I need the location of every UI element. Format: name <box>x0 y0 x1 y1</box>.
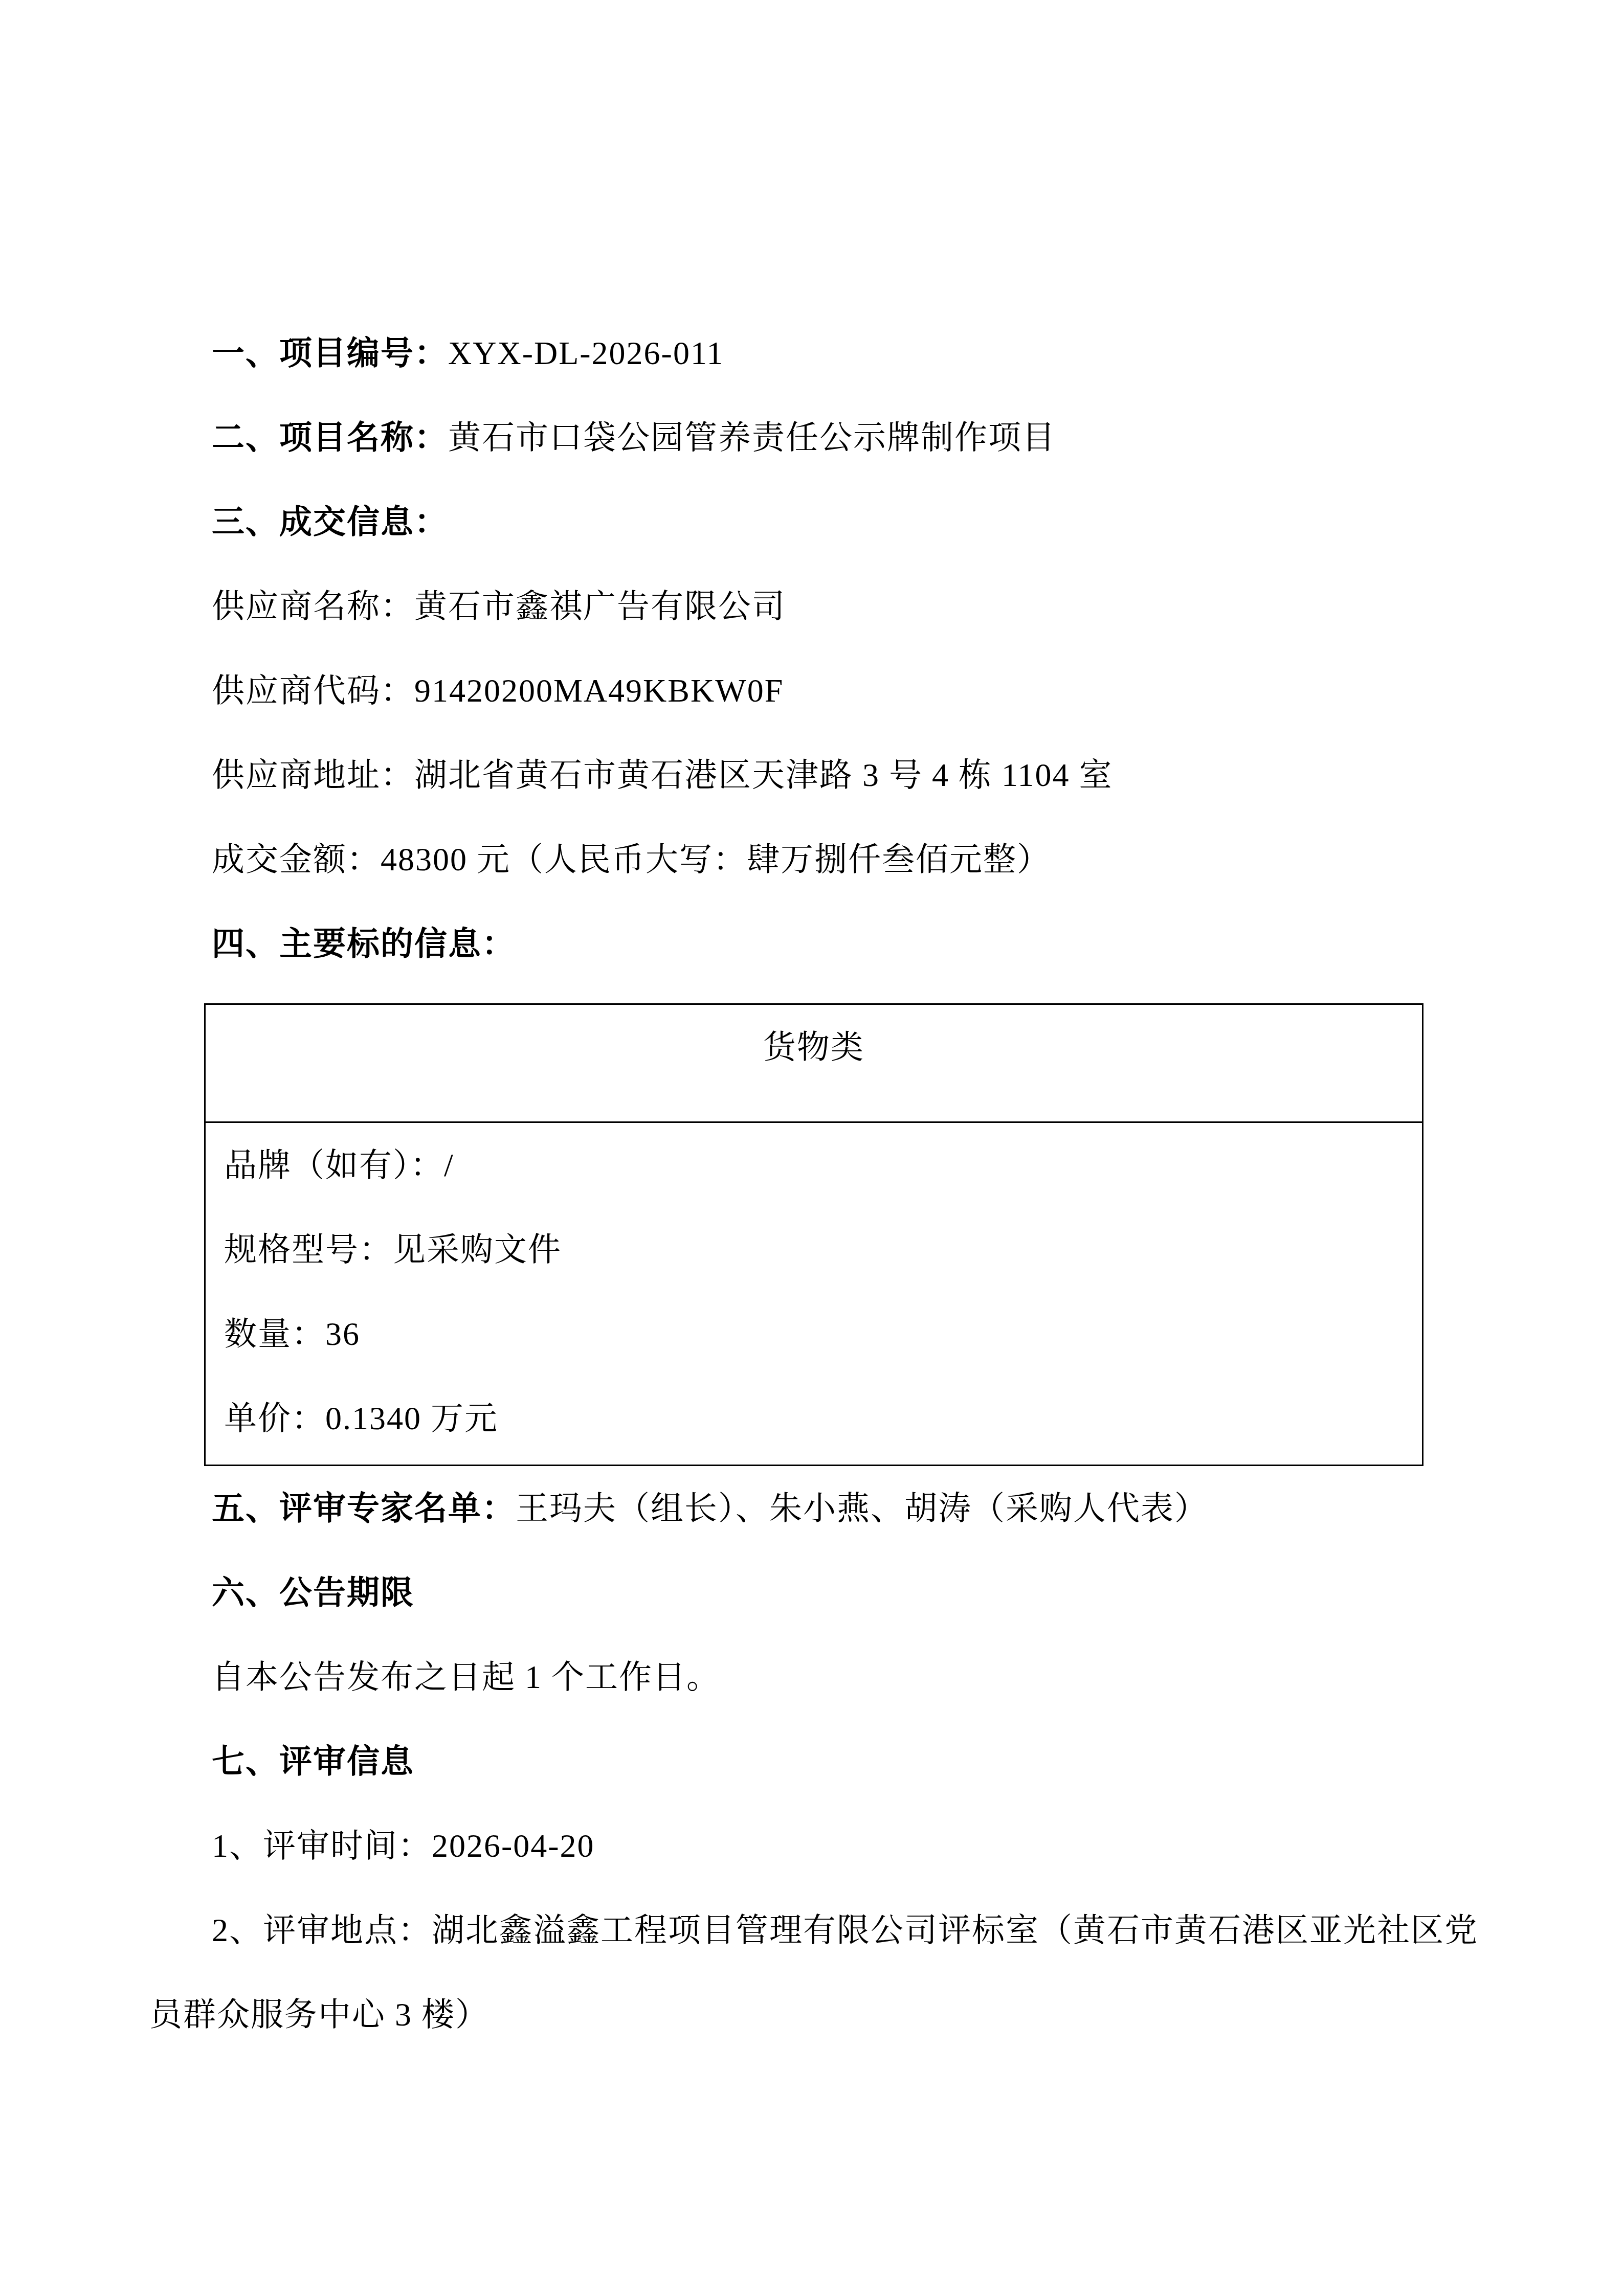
project-name-label: 二、项目名称： <box>212 419 448 456</box>
expert-list-value: 王玛夫（组长）、朱小燕、胡涛（采购人代表） <box>516 1490 1208 1526</box>
para-deal-amount: 成交金额：48300 元（人民币大写：肆万捌仟叁佰元整） <box>149 817 1484 902</box>
supplier-address-value: 供应商地址：湖北省黄石市黄石港区天津路 3 号 4 栋 1104 室 <box>212 757 1113 793</box>
goods-table: 货物类 品牌（如有）：/ 规格型号：见采购文件 数量：36 单价：0.1340 … <box>204 1003 1423 1466</box>
goods-table-body-cell: 品牌（如有）：/ 规格型号：见采购文件 数量：36 单价：0.1340 万元 <box>205 1122 1423 1466</box>
document-page: 一、项目编号：XYX-DL-2026-011 二、项目名称：黄石市口袋公园管养责… <box>0 0 1624 2296</box>
para-supplier-address: 供应商地址：湖北省黄石市黄石港区天津路 3 号 4 栋 1104 室 <box>149 733 1484 817</box>
goods-quantity-line: 数量：36 <box>224 1292 1401 1376</box>
para-main-subject-heading: 四、主要标的信息： <box>149 902 1484 986</box>
para-notice-period-text: 自本公告发布之日起 1 个工作日。 <box>149 1635 1484 1719</box>
goods-unit-price-line: 单价：0.1340 万元 <box>224 1376 1401 1460</box>
project-number-label: 一、项目编号： <box>212 335 448 371</box>
goods-brand-line: 品牌（如有）：/ <box>224 1123 1401 1207</box>
para-project-number: 一、项目编号：XYX-DL-2026-011 <box>149 311 1484 395</box>
review-info-heading-label: 七、评审信息 <box>212 1743 414 1780</box>
para-supplier-name: 供应商名称：黄石市鑫祺广告有限公司 <box>149 564 1484 648</box>
para-review-time: 1、评审时间：2026-04-20 <box>149 1804 1484 1888</box>
para-review-location: 2、评审地点：湖北鑫溢鑫工程项目管理有限公司评标室（黄石市黄石港区亚光社区党员群… <box>149 1888 1484 2057</box>
para-expert-list: 五、评审专家名单：王玛夫（组长）、朱小燕、胡涛（采购人代表） <box>149 1466 1484 1550</box>
goods-table-header-row: 货物类 <box>205 1004 1423 1122</box>
project-name-value: 黄石市口袋公园管养责任公示牌制作项目 <box>448 419 1056 456</box>
supplier-code-value: 供应商代码：91420200MA49KBKW0F <box>212 672 784 709</box>
expert-list-label: 五、评审专家名单： <box>212 1490 516 1526</box>
main-subject-heading-label: 四、主要标的信息： <box>212 926 516 962</box>
goods-spec-line: 规格型号：见采购文件 <box>224 1207 1401 1292</box>
para-supplier-code: 供应商代码：91420200MA49KBKW0F <box>149 648 1484 733</box>
deal-amount-value: 成交金额：48300 元（人民币大写：肆万捌仟叁佰元整） <box>212 841 1051 877</box>
review-time-value: 1、评审时间：2026-04-20 <box>212 1828 595 1864</box>
supplier-name-value: 供应商名称：黄石市鑫祺广告有限公司 <box>212 588 786 624</box>
para-project-name: 二、项目名称：黄石市口袋公园管养责任公示牌制作项目 <box>149 395 1484 480</box>
deal-info-heading-label: 三、成交信息： <box>212 504 448 540</box>
review-location-value: 2、评审地点：湖北鑫溢鑫工程项目管理有限公司评标室（黄石市黄石港区亚光社区党员群… <box>149 1912 1478 2033</box>
goods-table-header-cell: 货物类 <box>205 1004 1423 1122</box>
project-number-value: XYX-DL-2026-011 <box>448 335 724 371</box>
notice-period-value: 自本公告发布之日起 1 个工作日。 <box>212 1659 720 1695</box>
para-deal-info-heading: 三、成交信息： <box>149 480 1484 564</box>
notice-period-heading-label: 六、公告期限 <box>212 1574 414 1611</box>
para-review-info-heading: 七、评审信息 <box>149 1719 1484 1804</box>
goods-table-body-row: 品牌（如有）：/ 规格型号：见采购文件 数量：36 单价：0.1340 万元 <box>205 1122 1423 1466</box>
para-notice-period-heading: 六、公告期限 <box>149 1550 1484 1635</box>
